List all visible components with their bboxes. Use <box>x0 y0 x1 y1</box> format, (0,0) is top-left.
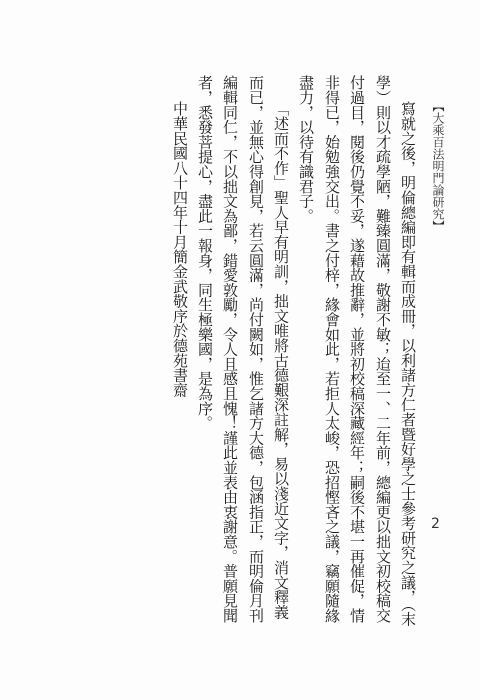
text-column-4: 非得已，始勉強交出。書之付梓，緣會如此，若拒人太峻，恐招慳吝之議，竊願隨緣 <box>324 75 340 623</box>
signature-column: 中華民國八十四年十月簡金武敬序於德苑書齋 <box>172 101 188 397</box>
text-column-1: 寫就之後，明倫總編即有輯而成冊，以利諸方仁者暨好學之士參考研究之議，（末 <box>400 101 416 626</box>
document-page: 【大乘百法明門論研究】 2 寫就之後，明倫總編即有輯而成冊，以利諸方仁者暨好學之… <box>0 0 480 700</box>
text-column-9: 者，悉發菩提心，盡此一報身，同生極樂國，是為序。 <box>197 75 213 430</box>
page-number: 2 <box>431 516 440 532</box>
text-column-3: 付過目，閱後仍覺不妥，遂藉故推辭，並將初校稿深藏經年；嗣後不堪一再催促，情 <box>349 75 365 623</box>
text-column-5: 盡力，以待有識君子。 <box>298 75 314 223</box>
text-column-2: 學）則以才疏學陋，難臻圓滿，敬謝不敏；迨至一、二年前，總編更以拙文初校稿交 <box>375 75 391 623</box>
running-head: 【大乘百法明門論研究】 <box>430 100 447 232</box>
text-column-6: 「述而不作」聖人早有明訓，拙文唯將古德艱深註解，易以淺近文字，消文釋義 <box>273 101 289 619</box>
text-column-7: 而已，並無心得創見，若云圓滿，尚付闕如，惟乞諸方大德，包涵指正，而明倫月刊 <box>248 75 264 623</box>
text-column-8: 編輯同仁，不以拙文為鄙，錯愛敦勵，令人且感且愧！謹此並表由衷謝意。普願見聞 <box>222 75 238 623</box>
